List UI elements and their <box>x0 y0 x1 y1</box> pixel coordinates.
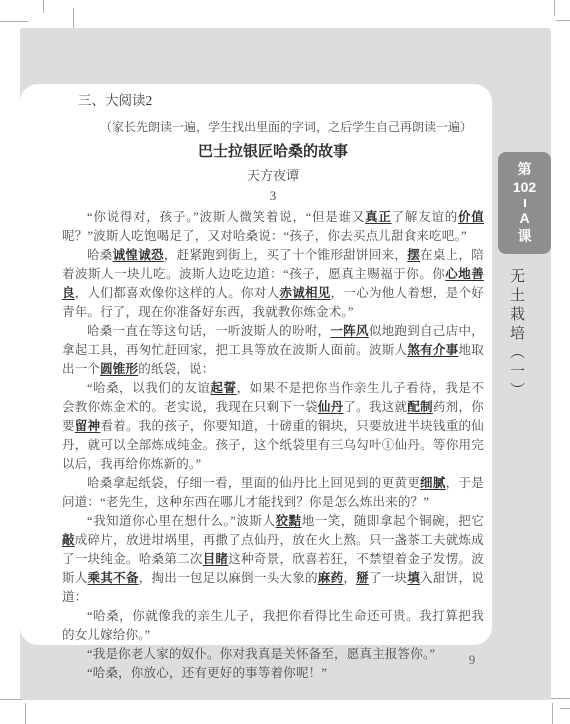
reading-instruction: （家长先朗读一遍，学生找出里面的字词，之后学生自己再朗读一遍） <box>100 119 484 136</box>
vocabulary-highlight: 乘其不备 <box>88 571 139 585</box>
vocabulary-highlight: 填 <box>407 571 420 585</box>
section-heading: 三、大阅读2 <box>78 92 484 110</box>
story-paragraph: “哈桑，以我们的友谊起誓，如果不是把你当作亲生儿子看待，我是不会教你炼金术的。老… <box>62 379 484 474</box>
story-title: 巴士拉银匠哈桑的故事 <box>62 143 484 161</box>
vocabulary-highlight: 一阵风 <box>330 324 368 338</box>
tab-item: 课 <box>518 228 532 245</box>
story-paragraph: 哈桑拿起纸袋，仔细一看，里面的仙丹比上回见到的更黄更细腻，于是问道：“老先生，这… <box>62 474 484 512</box>
vocabulary-highlight: 赤诚相见 <box>279 286 330 300</box>
tab-dash <box>524 199 526 207</box>
story-paragraph: 哈桑诚惶诚恐，赶紧跑到街上，买了十个锥形甜饼回来，摆在桌上，陪着波斯人一块儿吃。… <box>62 246 484 322</box>
story-paragraph: “哈桑，你放心，还有更好的事等着你呢！” <box>62 664 484 683</box>
vocabulary-highlight: 煞有介事 <box>407 343 458 357</box>
lesson-tab: 第102A课 <box>498 152 551 254</box>
tab-item: 第 <box>518 161 532 178</box>
vocabulary-highlight: 留神 <box>75 419 101 433</box>
scanned-textbook-page: { "colors": { "frame_gray": "#dcddde", "… <box>0 0 570 724</box>
vocabulary-highlight: 细腻 <box>420 476 446 490</box>
story-paragraph: “我知道你心里在想什么。”波斯人狡黠地一笑，随即拿起个铜碗，把它敲成碎片，放进坩… <box>62 512 484 607</box>
page-number: 9 <box>462 652 482 668</box>
story-paragraph: 哈桑一直在等这句话，一听波斯人的吩咐，一阵风似地跑到自己店中，拿起工具，再匆忙赶… <box>62 322 484 379</box>
vocabulary-highlight: 狡黠 <box>276 514 302 528</box>
tab-item: 102 <box>513 179 536 196</box>
vocabulary-highlight: 圆锥形 <box>100 362 138 376</box>
lesson-content: 三、大阅读2 （家长先朗读一遍，学生找出里面的字词，之后学生自己再朗读一遍） 巴… <box>62 92 484 683</box>
vocabulary-highlight: 仙丹 <box>318 400 344 414</box>
vocabulary-highlight: 诚惶诚恐 <box>113 248 164 262</box>
tab-item: A <box>519 210 529 227</box>
story-paragraph: “我是你老人家的奴仆。你对我真是关怀备至，愿真主报答你。” <box>62 645 484 664</box>
story-paragraphs: “你说得对，孩子。”波斯人微笑着说，“但是谁又真正了解友谊的价值呢？”波斯人吃饱… <box>62 208 484 683</box>
vocabulary-highlight: 起誓 <box>210 381 236 395</box>
story-source: 天方夜谭 <box>62 167 484 184</box>
vocabulary-highlight: 真正 <box>365 210 392 224</box>
vocabulary-highlight: 摆 <box>407 248 420 262</box>
vocabulary-highlight: 目睹 <box>203 552 229 566</box>
story-paragraph: “你说得对，孩子。”波斯人微笑着说，“但是谁又真正了解友谊的价值呢？”波斯人吃饱… <box>62 208 484 246</box>
vocabulary-highlight: 配制 <box>407 400 433 414</box>
lesson-subtitle: 无土栽培（一） <box>506 268 527 398</box>
content-card: 三、大阅读2 （家长先朗读一遍，学生找出里面的字词，之后学生自己再朗读一遍） 巴… <box>20 84 492 645</box>
vocabulary-highlight: 价值 <box>458 210 484 224</box>
story-paragraph: “哈桑，你就像我的亲生儿子，我把你看得比生命还可贵。我打算把我的女儿嫁给你。” <box>62 607 484 645</box>
vocabulary-highlight: 掰 <box>356 571 369 585</box>
vocabulary-highlight: 麻药 <box>318 571 344 585</box>
vocabulary-highlight: 敲 <box>62 533 75 547</box>
chapter-number: 3 <box>62 187 484 204</box>
